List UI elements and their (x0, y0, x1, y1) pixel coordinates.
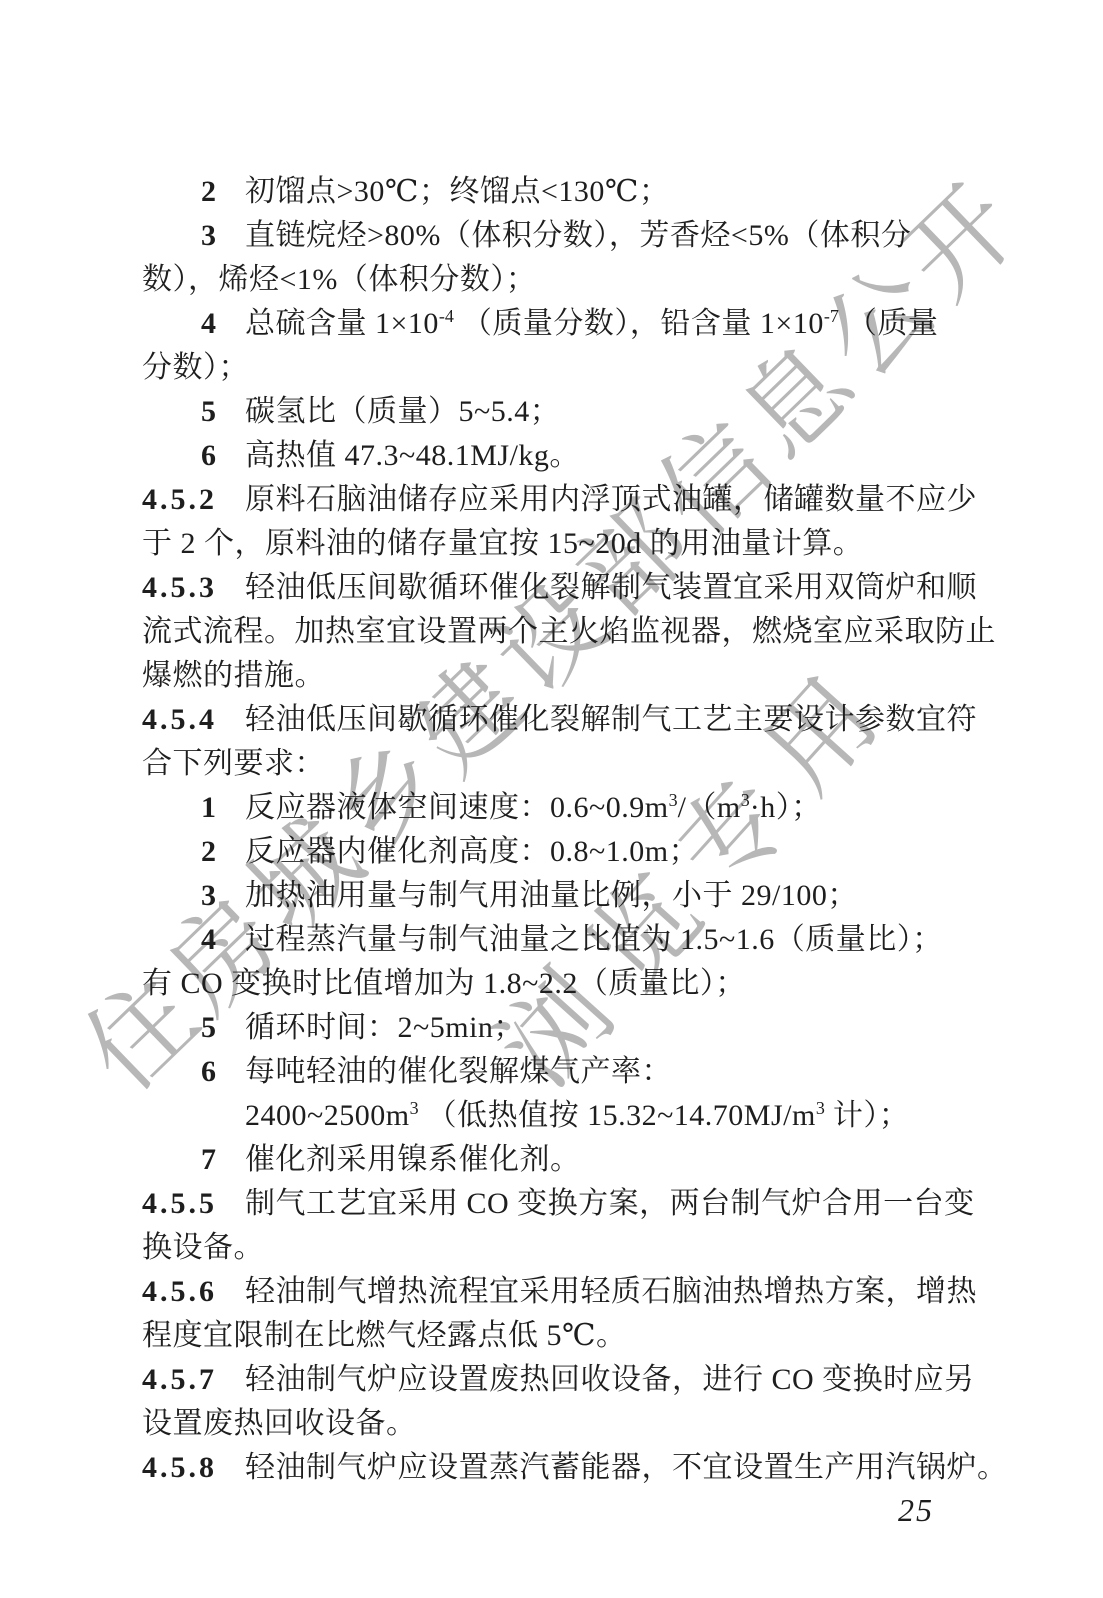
run-text: 轻油制气增热流程宜采用轻质石脑油热增热方案，增热 (245, 1275, 977, 1308)
text-line: 2400~2500m3 （低热值按 15.32~14.70MJ/m3 计）； (142, 1094, 1002, 1138)
item-number: 6 (201, 434, 245, 478)
superscript-text: 3 (410, 1098, 419, 1118)
text-line: 6每吨轻油的催化裂解煤气产率： (142, 1050, 1002, 1094)
text-line: 3直链烷烃>80%（体积分数），芳香烃<5%（体积分 (142, 214, 1002, 258)
item-number: 6 (201, 1050, 245, 1094)
run-text: 原料石脑油储存应采用内浮顶式油罐，储罐数量不应少 (245, 483, 977, 516)
clause-line: 4.5.3轻油低压间歇循环催化裂解制气装置宜采用双筒炉和顺 (142, 566, 1002, 610)
run-text: 反应器液体空间速度：0.6~0.9m (245, 791, 669, 824)
run-text: 合下列要求： (142, 747, 325, 780)
text-line: 1反应器液体空间速度：0.6~0.9m3/（m3·h）； (142, 786, 1002, 830)
superscript-text: 3 (741, 790, 750, 810)
run-text: 轻油制气炉应设置蒸汽蓄能器，不宜设置生产用汽锅炉。 (245, 1451, 1008, 1484)
run-text: 爆燃的措施。 (142, 659, 325, 692)
text-line: 6高热值 47.3~48.1MJ/kg。 (142, 434, 1002, 478)
text-line: 于 2 个，原料油的储存量宜按 15~20d 的用油量计算。 (142, 522, 1002, 566)
run-text: 高热值 47.3~48.1MJ/kg。 (245, 439, 580, 472)
text-line: 合下列要求： (142, 742, 1002, 786)
item-number: 4 (201, 918, 245, 962)
item-number: 2 (201, 170, 245, 214)
text-line: 流式流程。加热室宜设置两个主火焰监视器，燃烧室应采取防止 (142, 610, 1002, 654)
text-line: 7催化剂采用镍系催化剂。 (142, 1138, 1002, 1182)
run-text: 设置废热回收设备。 (142, 1407, 417, 1440)
text-line: 爆燃的措施。 (142, 654, 1002, 698)
item-number: 3 (201, 874, 245, 918)
run-text: /（m (678, 791, 741, 824)
run-text: 程度宜限制在比燃气烃露点低 5℃。 (142, 1319, 627, 1352)
clause-number: 4.5.4 (142, 698, 245, 742)
run-text: （质量分数），铅含量 1×10 (454, 307, 824, 340)
clause-line: 4.5.2原料石脑油储存应采用内浮顶式油罐，储罐数量不应少 (142, 478, 1002, 522)
item-number: 2 (201, 830, 245, 874)
run-text: 每吨轻油的催化裂解煤气产率： (245, 1055, 672, 1088)
run-text: 反应器内催化剂高度：0.8~1.0m； (245, 835, 699, 868)
superscript-text: -4 (439, 306, 454, 326)
run-text: 有 CO 变换时比值增加为 1.8~2.2（质量比）； (142, 967, 746, 1000)
run-text: 数），烯烃<1%（体积分数）； (142, 263, 536, 296)
run-text: 初馏点>30℃；终馏点<130℃； (245, 175, 669, 208)
run-text: 换设备。 (142, 1231, 264, 1264)
run-text: （质量 (839, 307, 939, 340)
run-text: 过程蒸汽量与制气油量之比值为 1.5~1.6（质量比）； (245, 923, 943, 956)
text-line: 3加热油用量与制气用油量比例，小于 29/100； (142, 874, 1002, 918)
text-line: 2初馏点>30℃；终馏点<130℃； (142, 170, 1002, 214)
clause-number: 4.5.3 (142, 566, 245, 610)
run-text: 轻油低压间歇循环催化裂解制气装置宜采用双筒炉和顺 (245, 571, 977, 604)
text-block: 2初馏点>30℃；终馏点<130℃；3直链烷烃>80%（体积分数），芳香烃<5%… (142, 170, 1002, 1490)
text-line: 5循环时间：2~5min； (142, 1006, 1002, 1050)
run-text: 2400~2500m (245, 1099, 410, 1132)
text-line: 换设备。 (142, 1226, 1002, 1270)
text-line: 4过程蒸汽量与制气油量之比值为 1.5~1.6（质量比）； (142, 918, 1002, 962)
clause-line: 4.5.5制气工艺宜采用 CO 变换方案，两台制气炉合用一台变 (142, 1182, 1002, 1226)
run-text: 制气工艺宜采用 CO 变换方案，两台制气炉合用一台变 (245, 1187, 975, 1220)
text-line: 程度宜限制在比燃气烃露点低 5℃。 (142, 1314, 1002, 1358)
run-text: 于 2 个，原料油的储存量宜按 15~20d 的用油量计算。 (142, 527, 863, 560)
run-text: 轻油低压间歇循环催化裂解制气工艺主要设计参数宜符 (245, 703, 977, 736)
clause-number: 4.5.6 (142, 1270, 245, 1314)
item-number: 7 (201, 1138, 245, 1182)
text-line: 设置废热回收设备。 (142, 1402, 1002, 1446)
clause-line: 4.5.8轻油制气炉应设置蒸汽蓄能器，不宜设置生产用汽锅炉。 (142, 1446, 1002, 1490)
clause-number: 4.5.5 (142, 1182, 245, 1226)
run-text: 加热油用量与制气用油量比例，小于 29/100； (245, 879, 858, 912)
run-text: 流式流程。加热室宜设置两个主火焰监视器，燃烧室应采取防止 (142, 615, 996, 648)
superscript-text: -7 (824, 306, 839, 326)
clause-number: 4.5.8 (142, 1446, 245, 1490)
clause-line: 4.5.7轻油制气炉应设置废热回收设备，进行 CO 变换时应另 (142, 1358, 1002, 1402)
run-text: （低热值按 15.32~14.70MJ/m (419, 1099, 816, 1132)
clause-line: 4.5.6轻油制气增热流程宜采用轻质石脑油热增热方案，增热 (142, 1270, 1002, 1314)
text-line: 4总硫含量 1×10-4 （质量分数），铅含量 1×10-7 （质量 (142, 302, 1002, 346)
run-text: 碳氢比（质量）5~5.4； (245, 395, 560, 428)
item-number: 5 (201, 390, 245, 434)
run-text: 循环时间：2~5min； (245, 1011, 524, 1044)
run-text: 直链烷烃>80%（体积分数），芳香烃<5%（体积分 (245, 219, 911, 252)
text-line: 分数）； (142, 346, 1002, 390)
run-text: 催化剂采用镍系催化剂。 (245, 1143, 581, 1176)
clause-number: 4.5.7 (142, 1358, 245, 1402)
item-number: 4 (201, 302, 245, 346)
run-text: 总硫含量 1×10 (245, 307, 439, 340)
run-text: ·h）； (750, 791, 822, 824)
clause-number: 4.5.2 (142, 478, 245, 522)
superscript-text: 3 (816, 1098, 825, 1118)
run-text: 分数）； (142, 351, 249, 384)
run-text: 轻油制气炉应设置废热回收设备，进行 CO 变换时应另 (245, 1363, 975, 1396)
text-line: 有 CO 变换时比值增加为 1.8~2.2（质量比）； (142, 962, 1002, 1006)
text-line: 5碳氢比（质量）5~5.4； (142, 390, 1002, 434)
text-line: 数），烯烃<1%（体积分数）； (142, 258, 1002, 302)
run-text: 计）； (825, 1099, 910, 1132)
document-page: 住房城乡建设部信息公开 浏览专用 2初馏点>30℃；终馏点<130℃；3直链烷烃… (0, 0, 1103, 1598)
superscript-text: 3 (669, 790, 678, 810)
item-number: 5 (201, 1006, 245, 1050)
item-number: 1 (201, 786, 245, 830)
text-line: 2反应器内催化剂高度：0.8~1.0m； (142, 830, 1002, 874)
clause-line: 4.5.4轻油低压间歇循环催化裂解制气工艺主要设计参数宜符 (142, 698, 1002, 742)
page-number: 25 (898, 1492, 934, 1529)
item-number: 3 (201, 214, 245, 258)
